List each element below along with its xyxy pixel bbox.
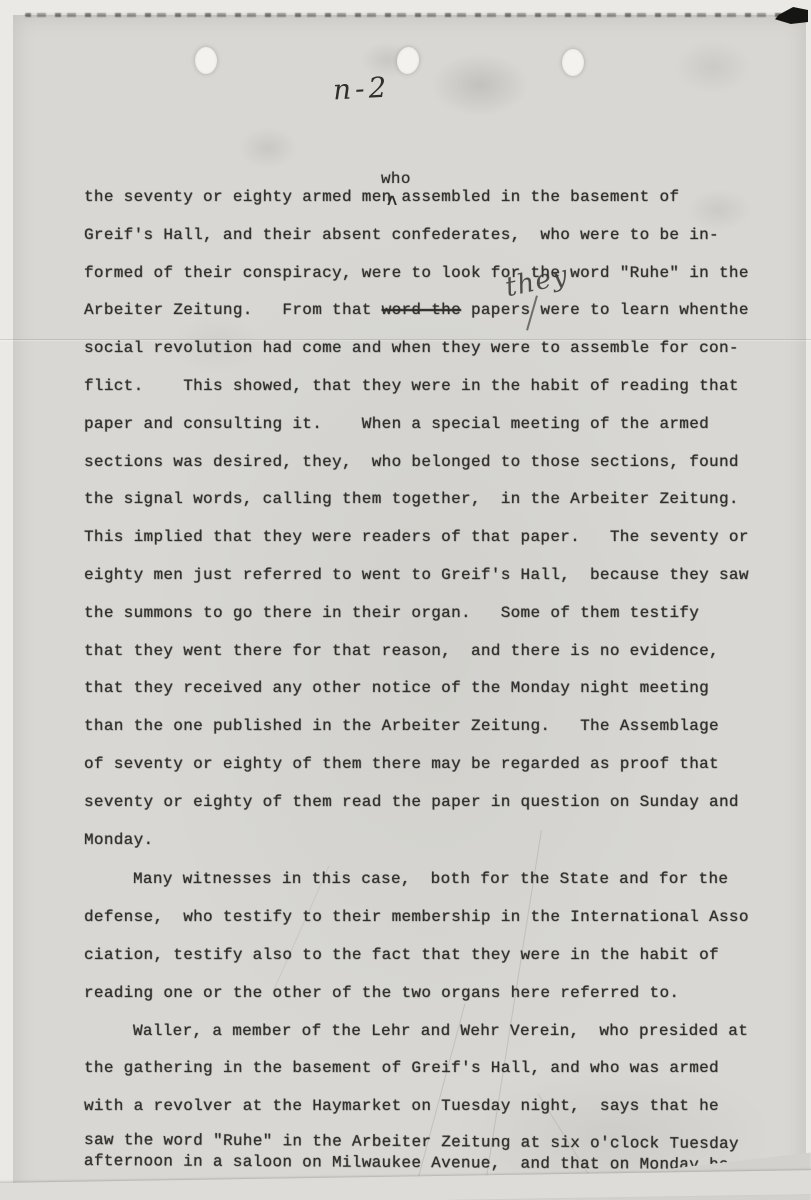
caret-mark: ^: [387, 194, 398, 218]
typed-line: eighty men just referred to went to Grei…: [84, 557, 784, 595]
typed-line: ciation, testify also to the fact that t…: [84, 937, 784, 975]
typed-line: formed of their conspiracy, were to look…: [84, 255, 784, 293]
typed-line: Many witnesses in this case, both for th…: [84, 861, 784, 899]
typed-line: of seventy or eighty of them there may b…: [84, 746, 784, 784]
punch-hole: [195, 47, 217, 74]
struck-out-words: word the: [382, 301, 461, 319]
line-segment: Arbeiter Zeitung. From that: [84, 301, 382, 319]
page-number-annotation: n-2: [332, 71, 391, 107]
typed-line: sections was desired, they, who belonged…: [84, 444, 784, 482]
typed-line: that they went there for that reason, an…: [84, 633, 784, 671]
paragraph: Waller, a member of the Lehr and Wehr Ve…: [84, 1013, 784, 1172]
typed-line: than the one published in the Arbeiter Z…: [84, 708, 784, 746]
typed-text-block: the seventy or eighty armed men assemble…: [84, 179, 784, 1172]
paragraph: the seventy or eighty armed men assemble…: [84, 179, 784, 859]
typed-line-with-strikeout: Arbeiter Zeitung. From that word the pap…: [84, 292, 784, 330]
typed-insertion-word: who: [381, 170, 411, 188]
typed-line: with a revolver at the Haymarket on Tues…: [84, 1088, 784, 1126]
typed-line: Waller, a member of the Lehr and Wehr Ve…: [84, 1013, 784, 1051]
typed-line: that they received any other notice of t…: [84, 670, 784, 708]
typed-line: the seventy or eighty armed men assemble…: [84, 179, 784, 217]
typed-line: the signal words, calling them together,…: [84, 481, 784, 519]
typed-line: Greif's Hall, and their absent confedera…: [84, 217, 784, 255]
typed-line: Monday.: [84, 822, 784, 860]
typed-line: flict. This showed, that they were in th…: [84, 368, 784, 406]
typed-line: paper and consulting it. When a special …: [84, 406, 784, 444]
typed-line: social revolution had come and when they…: [84, 330, 784, 368]
typed-line: the summons to go there in their organ. …: [84, 595, 784, 633]
punch-hole: [562, 49, 584, 76]
typed-line: defense, who testify to their membership…: [84, 899, 784, 937]
typed-line: seventy or eighty of them read the paper…: [84, 784, 784, 822]
typed-line: reading one or the other of the two orga…: [84, 975, 784, 1013]
typed-line: the gathering in the basement of Greif's…: [84, 1050, 784, 1088]
line-segment: papers were to learn whenthe: [461, 301, 749, 319]
paragraph: Many witnesses in this case, both for th…: [84, 861, 784, 1012]
paper-top-edge: [25, 13, 797, 17]
typed-line: This implied that they were readers of t…: [84, 519, 784, 557]
document-scan: n-2 the seventy or eighty armed men asse…: [0, 0, 811, 1200]
